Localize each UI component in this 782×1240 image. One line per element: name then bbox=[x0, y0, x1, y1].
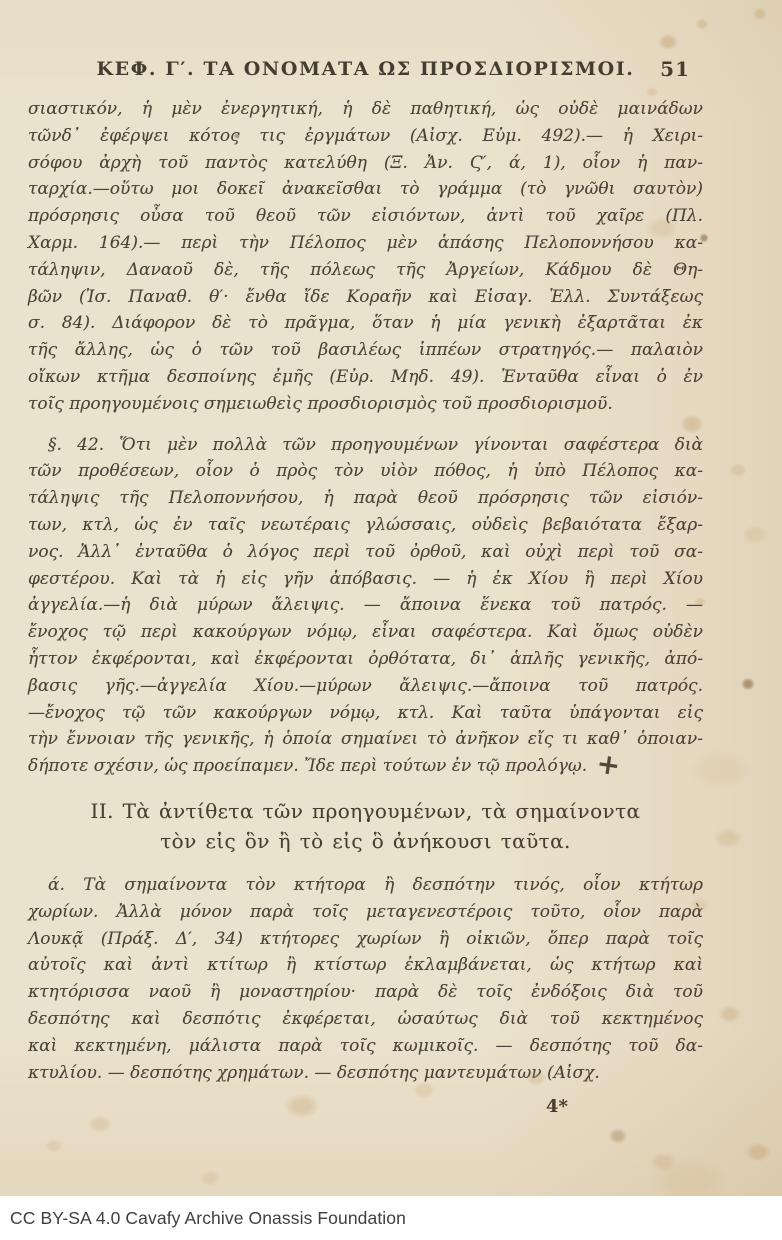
text-line: σόφου ἀρχὴ τοῦ παντὸς κατελύθη (Ξ. Ἀν. Ϛ… bbox=[28, 150, 703, 177]
text-line: καὶ κεκτημένη, μάλιστα παρὰ τοῖς κωμικοῖ… bbox=[28, 1033, 703, 1060]
text-line: κτυλίου. — δεσπότης χρημάτων. — δεσπότης… bbox=[28, 1060, 703, 1087]
text-line: ἀγγελία.—ἡ διὰ μύρων ἄλειψις. — ἄποινα ἕ… bbox=[28, 592, 703, 619]
text-line: II. Τὰ ἀντίθετα τῶν προηγουμένων, τὰ σημ… bbox=[28, 796, 703, 826]
paragraph: ά. Τὰ σημαίνοντα τὸν κτήτορα ἢ δεσπότην … bbox=[28, 872, 703, 1086]
signature-mark: 4* bbox=[28, 1094, 703, 1121]
text-line: Λουκᾷ (Πράξ. Δ′, 34) κτήτορες χωρίων ἢ ο… bbox=[28, 926, 703, 953]
text-line: τῶνδ᾽ ἐφέρψει κότος τις ἐργμάτων (Αἰσχ. … bbox=[28, 123, 703, 150]
text-line: δεσπότης καὶ δεσπότις ἐκφέρεται, ὡσαύτως… bbox=[28, 1006, 703, 1033]
text-line: σ. 84). Διάφορον δὲ τὸ πρᾶγμα, ὅταν ἡ μί… bbox=[28, 310, 703, 337]
book-page-scan: ΚΕΦ. Γ′. ΤΑ ΟΝΟΜΑΤΑ ΩΣ ΠΡΟΣΔΙΟΡΙΣΜΟΙ. 51… bbox=[0, 0, 782, 1196]
text-line: δήποτε σχέσιν, ὡς προείπαμεν. Ἴδε περὶ τ… bbox=[28, 753, 703, 780]
text-line: ἔνοχος τῷ περὶ κακούργων νόμῳ, εἶναι σαφ… bbox=[28, 619, 703, 646]
page-number: 51 bbox=[660, 57, 690, 81]
text-line: βῶν (Ἰσ. Παναθ. θ′· ἔνθα ἴδε Κοραῆν καὶ … bbox=[28, 284, 703, 311]
text-line: τάληψις τῆς Πελοποννήσου, ἡ παρὰ θεοῦ πρ… bbox=[28, 485, 703, 512]
text-line: ταρχία.—οὕτω μοι δοκεῖ ἀνακεῖσθαι τὸ γρά… bbox=[28, 176, 703, 203]
text-line: φεστέρου. Καὶ τὰ ἡ εἰς γῆν ἀπόβασις. — ἡ… bbox=[28, 566, 703, 593]
text-line: αὐτοῖς καὶ ἀντὶ κτίτωρ ἢ κτίστωρ ἐκλαμβά… bbox=[28, 952, 703, 979]
text-line: ἧττον ἐκφέρονται, καὶ ἐκφέρονται ὀρθότατ… bbox=[28, 646, 703, 673]
text-line: κτητόρισσα ναοῦ ἢ μοναστηρίου· παρὰ δὲ τ… bbox=[28, 979, 703, 1006]
text-line: νος. Ἀλλ᾽ ἐνταῦθα ὁ λόγος περὶ τοῦ ὀρθοῦ… bbox=[28, 539, 703, 566]
text-line: βασις γῆς.—ἀγγελία Χίου.—μύρων ἄλειψις.—… bbox=[28, 673, 703, 700]
text-line: χωρίων. Ἀλλὰ μόνον παρὰ τοῖς μεταγενεστέ… bbox=[28, 899, 703, 926]
license-bar: CC BY-SA 4.0 Cavafy Archive Onassis Foun… bbox=[0, 1196, 782, 1240]
text-block: σιαστικόν, ἡ μὲν ἐνεργητική, ἡ δὲ παθητι… bbox=[28, 96, 703, 1121]
text-line: των, κτλ, ὡς ἐν ταῖς νεωτέραις γλώσσαις,… bbox=[28, 512, 703, 539]
text-line: —ἔνοχος τῷ τῶν κακούργων νόμῳ, κτλ. Καὶ … bbox=[28, 700, 703, 727]
running-header: ΚΕΦ. Γ′. ΤΑ ΟΝΟΜΑΤΑ ΩΣ ΠΡΟΣΔΙΟΡΙΣΜΟΙ. bbox=[28, 58, 703, 84]
text-line: ά. Τὰ σημαίνοντα τὸν κτήτορα ἢ δεσπότην … bbox=[28, 872, 703, 899]
text-line: §. 42. Ὅτι μὲν πολλὰ τῶν προηγουμένων γί… bbox=[28, 432, 703, 459]
license-text: CC BY-SA 4.0 Cavafy Archive Onassis Foun… bbox=[0, 1208, 406, 1229]
text-line: οἴκων κτῆμα δεσποίνης ἐμῆς (Εὐρ. Μηδ. 49… bbox=[28, 364, 703, 391]
text-line: Χαρμ. 164).— περὶ τὴν Πέλοπος μὲν ἁπάσης… bbox=[28, 230, 703, 257]
paragraph: σιαστικόν, ἡ μὲν ἐνεργητική, ἡ δὲ παθητι… bbox=[28, 96, 703, 418]
handwritten-cross-mark: + bbox=[597, 763, 620, 766]
text-line: τοῖς προηγουμένοις σημειωθεὶς προσδιορισ… bbox=[28, 391, 703, 418]
section-heading: II. Τὰ ἀντίθετα τῶν προηγουμένων, τὰ σημ… bbox=[28, 796, 703, 856]
text-line: σιαστικόν, ἡ μὲν ἐνεργητική, ἡ δὲ παθητι… bbox=[28, 96, 703, 123]
text-line: πρόσρησις οὖσα τοῦ θεοῦ τῶν εἰσιόντων, ἀ… bbox=[28, 203, 703, 230]
text-line: τῶν προθέσεων, οἷον ὁ πρὸς τὸν υἱὸν πόθο… bbox=[28, 458, 703, 485]
text-line: τὸν εἰς ὃν ἢ τὸ εἰς ὃ ἀνήκουσι ταῦτα. bbox=[28, 826, 703, 856]
text-line: τάληψιν, Δαναοῦ δὲ, τῆς πόλεως τῆς Ἀργεί… bbox=[28, 257, 703, 284]
paragraph: §. 42. Ὅτι μὲν πολλὰ τῶν προηγουμένων γί… bbox=[28, 432, 703, 780]
text-line: τῆς ἄλλης, ὡς ὁ τῶν τοῦ βασιλέως ἱππέων … bbox=[28, 337, 703, 364]
